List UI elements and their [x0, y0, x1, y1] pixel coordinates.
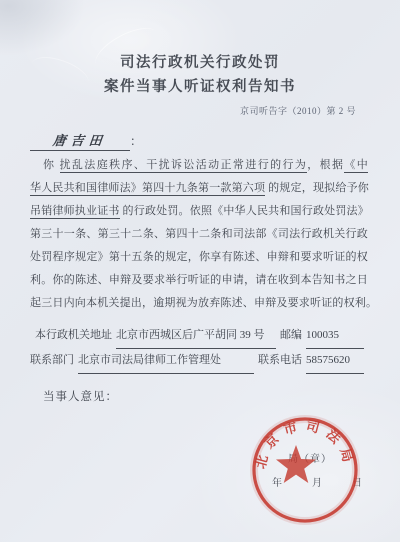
- body-line-2: 华人民共和国律师法》第四十九条第一款第六项 的规定，现拟给予你: [30, 177, 368, 200]
- address-value-underlined: 北京市西城区后广平胡同 39 号: [116, 324, 276, 349]
- body-text: 你: [43, 159, 60, 171]
- violation-description-underlined: 扰乱法庭秩序、干扰诉讼活动正常进行的行为: [60, 159, 308, 173]
- contact-line: 联系部门北京市司法局律师工作管理处联系电话58575620: [30, 349, 368, 372]
- body-text: 的规定，现拟给予你: [265, 182, 369, 194]
- body-line-5: 处罚程序规定》第十五条的规定，你享有陈述、申辩和要求听证的权: [30, 246, 368, 269]
- body-line-7: 起三日内向本机关提出，逾期视为放弃陈述、申辩及要求听证的权利。: [30, 292, 368, 315]
- department-value-underlined: 北京市司法局律师工作管理处: [78, 349, 254, 374]
- salutation-colon: ：: [130, 134, 142, 148]
- agency-address-line: 本行政机关地址北京市西城区后广平胡同 39 号邮编100035: [30, 324, 368, 347]
- salutation-line: 唐吉田：: [30, 130, 142, 152]
- phone-label: 联系电话: [258, 349, 302, 372]
- document-title: 司法行政机关行政处罚 案件当事人听证权利告知书: [0, 51, 400, 99]
- law-citation-underlined: 华人民共和国律师法》第四十九条第一款第六项: [30, 182, 265, 196]
- document-number: 京司听告字（2010）第 2 号: [240, 104, 356, 117]
- zip-label: 邮编: [280, 324, 302, 347]
- department-label: 联系部门: [30, 349, 74, 372]
- body-paragraph: 你 扰乱法庭秩序、干扰诉讼活动正常进行的行为，根据《中 华人民共和国律师法》第四…: [30, 154, 368, 372]
- phone-value-underlined: 58575620: [306, 349, 364, 374]
- scanned-document-page: 司法行政机关行政处罚 案件当事人听证权利告知书 京司听告字（2010）第 2 号…: [0, 0, 400, 542]
- body-line-1: 你 扰乱法庭秩序、干扰诉讼活动正常进行的行为，根据《中: [30, 154, 368, 177]
- address-label: 本行政机关地址: [35, 324, 112, 347]
- law-citation-underlined: 《中: [344, 159, 368, 173]
- body-line-4: 第三十一条、第三十二条、第四十二条和司法部《司法行政机关行政: [30, 223, 368, 246]
- official-seal: 北京市司法局: [246, 411, 364, 529]
- body-line-6: 利。你的陈述、申辩及要求举行听证的申请，请在收到本告知书之日: [30, 269, 368, 292]
- party-opinion-label: 当事人意见：: [43, 388, 118, 404]
- title-line-1: 司法行政机关行政处罚: [0, 51, 400, 75]
- body-line-3: 吊销律师执业证书 的行政处罚。依照《中华人民共和国行政处罚法》: [30, 200, 368, 223]
- zip-value-underlined: 100035: [306, 324, 364, 349]
- seal-star-icon: [276, 445, 316, 483]
- addressee-name-handwritten: 唐吉田: [52, 130, 108, 149]
- addressee-name-underline: 唐吉田: [30, 130, 130, 151]
- penalty-underlined: 吊销律师执业证书: [30, 205, 120, 219]
- body-text: ，根据: [307, 159, 344, 171]
- body-text: 的行政处罚。依照《中华人民共和国行政处罚法》: [120, 205, 369, 217]
- title-line-2: 案件当事人听证权利告知书: [0, 75, 400, 99]
